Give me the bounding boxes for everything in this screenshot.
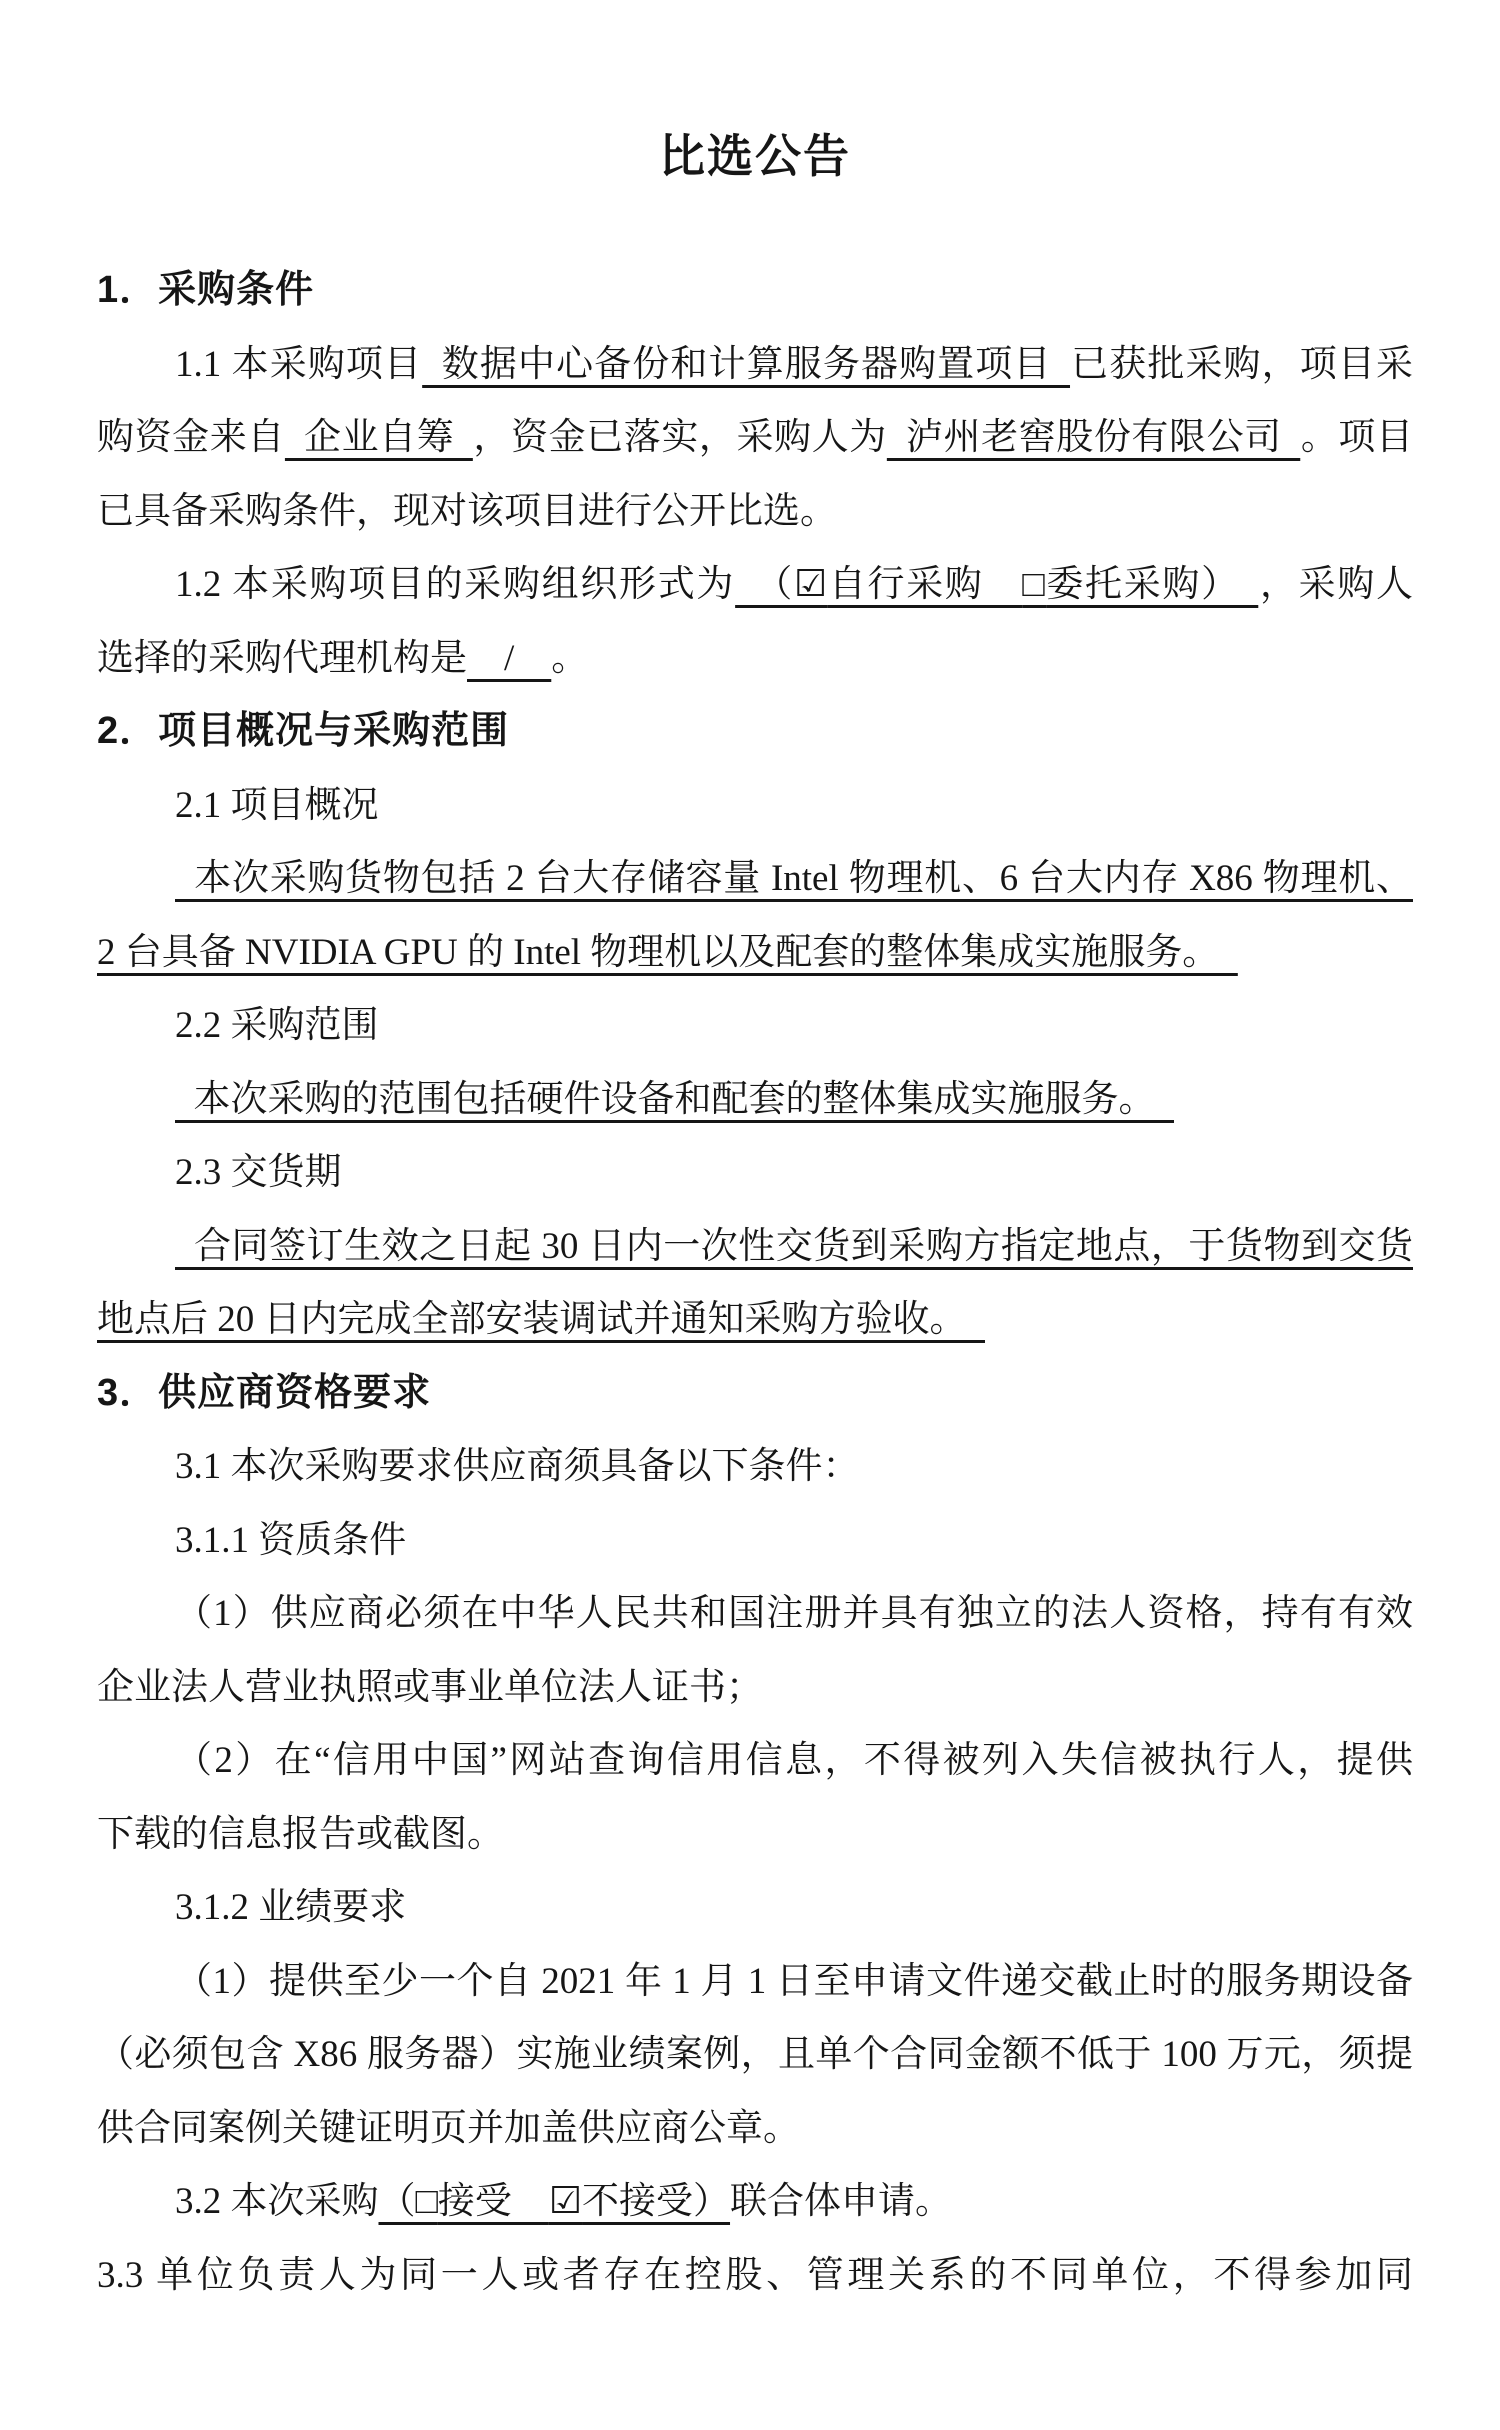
text-run: 数据中心备份和计算服务器购置项目 (422, 344, 1070, 385)
checkbox-unchecked-icon: □ (1022, 564, 1046, 605)
text-run: 3.1.1 资质条件 (175, 1520, 406, 1561)
title-spacer (97, 193, 1413, 254)
text-run: 委托采购） (1046, 564, 1258, 605)
document-line: 地点后 20 日内完成全部安装调试并通知采购方验收。 (97, 1283, 1413, 1357)
text-run: 3.1.2 业绩要求 (175, 1887, 406, 1928)
text-run: 企业自筹 (285, 417, 473, 458)
checkbox-unchecked-icon: □ (416, 2181, 438, 2222)
document-line: 已具备采购条件，现对该项目进行公开比选。 (97, 475, 1413, 549)
text-run: 。 (551, 638, 588, 679)
document-line: 本次采购的范围包括硬件设备和配套的整体集成实施服务。 (97, 1063, 1413, 1137)
text-run: 2．项目概况与采购范围 (97, 710, 509, 752)
document-line: （必须包含 X86 服务器）实施业绩案例，且单个合同金额不低于 100 万元，须… (97, 2018, 1413, 2092)
document-line: 2.1 项目概况 (97, 769, 1413, 843)
text-run: 供合同案例关键证明页并加盖供应商公章。 (97, 2108, 800, 2149)
text-run: 下载的信息报告或截图。 (97, 1814, 504, 1855)
document-body: 1．采购条件1.1 本采购项目 数据中心备份和计算服务器购置项目 已获批采购，项… (97, 254, 1413, 2312)
text-run: 联合体申请。 (730, 2181, 952, 2222)
text-run: 3．供应商资格要求 (97, 1372, 431, 1414)
text-run: 选择的采购代理机构是 (97, 638, 467, 679)
text-run: 3.1 本次采购要求供应商须具备以下条件： (175, 1446, 860, 1487)
document-content: 比选公告 1．采购条件1.1 本采购项目 数据中心备份和计算服务器购置项目 已获… (97, 120, 1413, 2312)
document-line: 3.1 本次采购要求供应商须具备以下条件： (97, 1430, 1413, 1504)
document-line: 3.1.1 资质条件 (97, 1504, 1413, 1578)
document-line: 2.2 采购范围 (97, 989, 1413, 1063)
text-run: / (467, 638, 551, 679)
text-run: 接受 (438, 2181, 549, 2222)
document-line: 1.1 本采购项目 数据中心备份和计算服务器购置项目 已获批采购，项目采 (97, 328, 1413, 402)
document-line: 企业法人营业执照或事业单位法人证书； (97, 1651, 1413, 1725)
text-run: 本次采购货物包括 2 台大存储容量 Intel 物理机、6 台大内存 X86 物… (175, 858, 1413, 899)
text-run: 已具备采购条件，现对该项目进行公开比选。 (97, 491, 837, 532)
text-run: 自行采购 (827, 564, 1022, 605)
text-run: （1）提供至少一个自 2021 年 1 月 1 日至申请文件递交截止时的服务期设… (175, 1961, 1413, 2002)
section-heading: 1．采购条件 (97, 254, 1413, 328)
document-line: 3.2 本次采购（□接受 ☑不接受）联合体申请。 (97, 2165, 1413, 2239)
text-run: 企业法人营业执照或事业单位法人证书； (97, 1667, 763, 1708)
document-line: 购资金来自 企业自筹 ，资金已落实，采购人为 泸州老窖股份有限公司 。项目 (97, 401, 1413, 475)
text-run: （1）供应商必须在中华人民共和国注册并具有独立的法人资格，持有有效 (175, 1593, 1413, 1634)
text-run: ，资金已落实，采购人为 (473, 417, 887, 458)
text-run: 2.1 项目概况 (175, 785, 379, 826)
checkbox-checked-icon: ☑ (794, 564, 827, 605)
document-line: （1）提供至少一个自 2021 年 1 月 1 日至申请文件递交截止时的服务期设… (97, 1945, 1413, 2019)
document-line: 2.3 交货期 (97, 1136, 1413, 1210)
section-heading: 3．供应商资格要求 (97, 1357, 1413, 1431)
document-title: 比选公告 (97, 120, 1413, 193)
section-heading: 2．项目概况与采购范围 (97, 695, 1413, 769)
text-run: 不接受） (582, 2181, 730, 2222)
document-line: （2）在“信用中国”网站查询信用信息，不得被列入失信被执行人，提供 (97, 1724, 1413, 1798)
text-run: 2.2 采购范围 (175, 1005, 379, 1046)
text-run: 地点后 20 日内完成全部安装调试并通知采购方验收。 (97, 1299, 985, 1340)
text-run: 合同签订生效之日起 30 日内一次性交货到采购方指定地点，于货物到交货 (175, 1226, 1413, 1267)
document-page: 比选公告 1．采购条件1.1 本采购项目 数据中心备份和计算服务器购置项目 已获… (0, 0, 1500, 2430)
text-run: ，采购人 (1258, 564, 1413, 605)
text-run: 1.2 本采购项目的采购组织形式为 (175, 564, 735, 605)
document-line: 3.3 单位负责人为同一人或者存在控股、管理关系的不同单位，不得参加同 (97, 2239, 1413, 2313)
text-run: 3.3 单位负责人为同一人或者存在控股、管理关系的不同单位，不得参加同 (97, 2255, 1413, 2296)
text-run: 2.3 交货期 (175, 1152, 342, 1193)
text-run: 泸州老窖股份有限公司 (887, 417, 1300, 458)
text-run: 购资金来自 (97, 417, 285, 458)
text-run: （2）在“信用中国”网站查询信用信息，不得被列入失信被执行人，提供 (175, 1740, 1413, 1781)
text-run: （ (379, 2181, 416, 2222)
text-run: 2 台具备 NVIDIA GPU 的 Intel 物理机以及配套的整体集成实施服… (97, 932, 1238, 973)
text-run: 1．采购条件 (97, 269, 314, 311)
text-run: 本次采购的范围包括硬件设备和配套的整体集成实施服务。 (175, 1079, 1174, 1120)
checkbox-checked-icon: ☑ (549, 2181, 582, 2222)
document-line: 供合同案例关键证明页并加盖供应商公章。 (97, 2092, 1413, 2166)
document-line: 本次采购货物包括 2 台大存储容量 Intel 物理机、6 台大内存 X86 物… (97, 842, 1413, 916)
document-line: 合同签订生效之日起 30 日内一次性交货到采购方指定地点，于货物到交货 (97, 1210, 1413, 1284)
document-line: 1.2 本采购项目的采购组织形式为 （☑自行采购 □委托采购） ，采购人 (97, 548, 1413, 622)
text-run: （必须包含 X86 服务器）实施业绩案例，且单个合同金额不低于 100 万元，须… (97, 2034, 1413, 2075)
document-line: 2 台具备 NVIDIA GPU 的 Intel 物理机以及配套的整体集成实施服… (97, 916, 1413, 990)
document-line: 下载的信息报告或截图。 (97, 1798, 1413, 1872)
text-run: 3.2 本次采购 (175, 2181, 379, 2222)
text-run: 1.1 本采购项目 (175, 344, 422, 385)
text-run: （ (735, 564, 794, 605)
document-line: （1）供应商必须在中华人民共和国注册并具有独立的法人资格，持有有效 (97, 1577, 1413, 1651)
document-line: 3.1.2 业绩要求 (97, 1871, 1413, 1945)
document-line: 选择的采购代理机构是 / 。 (97, 622, 1413, 696)
text-run: 已获批采购，项目采 (1070, 344, 1413, 385)
text-run: 。项目 (1300, 417, 1413, 458)
